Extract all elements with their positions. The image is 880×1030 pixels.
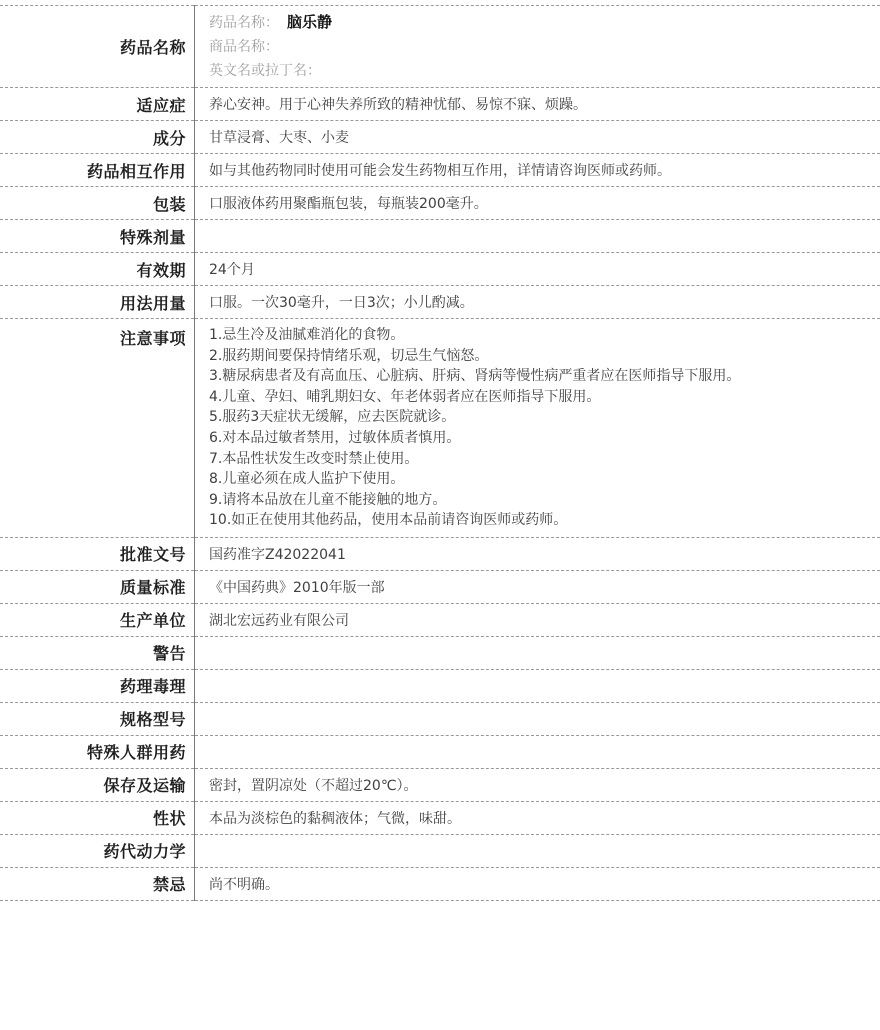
row-label: 包装 [0,187,195,220]
row-value [195,636,880,669]
table-row-indications: 适应症 养心安神。用于心神失养所致的精神忧郁、易惊不寐、烦躁。 [0,88,880,121]
row-value: 湖北宏远药业有限公司 [195,603,880,636]
table-row-special-populations: 特殊人群用药 [0,735,880,768]
row-value [195,220,880,253]
row-label: 药品相互作用 [0,154,195,187]
row-value: 口服。一次30毫升，一日3次；小儿酌减。 [195,286,880,319]
drug-info-page: 药品名称 药品名称：脑乐静 商品名称： 英文名或拉丁名： 适应症 养心安神。用于… [0,0,880,1030]
table-row-storage: 保存及运输 密封，置阴凉处（不超过20℃）。 [0,768,880,801]
table-row-special-dosage: 特殊剂量 [0,220,880,253]
table-row-pharmacology: 药理毒理 [0,669,880,702]
row-label: 禁忌 [0,867,195,900]
field-key-trade-name: 商品名称： [209,39,279,55]
row-value-drug-name: 药品名称：脑乐静 商品名称： 英文名或拉丁名： [195,6,880,88]
row-value: 密封，置阴凉处（不超过20℃）。 [195,768,880,801]
field-key-drug-name: 药品名称： [209,15,279,31]
table-row-quality-standard: 质量标准 《中国药典》2010年版一部 [0,570,880,603]
row-label: 特殊人群用药 [0,735,195,768]
row-label: 生产单位 [0,603,195,636]
row-label: 保存及运输 [0,768,195,801]
row-label: 批准文号 [0,537,195,570]
row-value [195,702,880,735]
table-row-packaging: 包装 口服液体药用聚酯瓶包装，每瓶装200毫升。 [0,187,880,220]
row-label: 有效期 [0,253,195,286]
latin-name-line: 英文名或拉丁名： [209,59,870,83]
row-value: 口服液体药用聚酯瓶包装，每瓶装200毫升。 [195,187,880,220]
row-value [195,669,880,702]
table-row-pharmacokinetics: 药代动力学 [0,834,880,867]
row-value [195,735,880,768]
table-row-precautions: 注意事项 1.忌生冷及油腻难消化的食物。 2.服药期间要保持情绪乐观，切忌生气恼… [0,319,880,538]
row-value: 尚不明确。 [195,867,880,900]
row-label: 药代动力学 [0,834,195,867]
table-row-interactions: 药品相互作用 如与其他药物同时使用可能会发生药物相互作用，详情请咨询医师或药师。 [0,154,880,187]
table-row-warning: 警告 [0,636,880,669]
row-value [195,834,880,867]
field-key-latin-name: 英文名或拉丁名： [209,63,321,79]
row-value: 甘草浸膏、大枣、小麦 [195,121,880,154]
table-row-drug-name: 药品名称 药品名称：脑乐静 商品名称： 英文名或拉丁名： [0,6,880,88]
table-row-dosage: 用法用量 口服。一次30毫升，一日3次；小儿酌减。 [0,286,880,319]
drug-name-line: 药品名称：脑乐静 [209,11,870,35]
row-label-drug-name: 药品名称 [0,6,195,88]
row-value: 24个月 [195,253,880,286]
table-row-shelf-life: 有效期 24个月 [0,253,880,286]
row-value: 养心安神。用于心神失养所致的精神忧郁、易惊不寐、烦躁。 [195,88,880,121]
table-row-description: 性状 本品为淡棕色的黏稠液体；气微，味甜。 [0,801,880,834]
row-value-precautions-list: 1.忌生冷及油腻难消化的食物。 2.服药期间要保持情绪乐观，切忌生气恼怒。 3.… [195,319,880,538]
row-value: 国药准字Z42022041 [195,537,880,570]
row-label: 性状 [0,801,195,834]
table-row-specification: 规格型号 [0,702,880,735]
drug-info-table: 药品名称 药品名称：脑乐静 商品名称： 英文名或拉丁名： 适应症 养心安神。用于… [0,5,880,901]
table-row-contraindications: 禁忌 尚不明确。 [0,867,880,900]
row-label: 质量标准 [0,570,195,603]
row-value: 《中国药典》2010年版一部 [195,570,880,603]
drug-name-value: 脑乐静 [287,13,332,31]
row-label: 药理毒理 [0,669,195,702]
row-label: 警告 [0,636,195,669]
row-label: 特殊剂量 [0,220,195,253]
row-label: 注意事项 [0,319,195,538]
row-label: 规格型号 [0,702,195,735]
table-row-manufacturer: 生产单位 湖北宏远药业有限公司 [0,603,880,636]
row-label: 适应症 [0,88,195,121]
row-label: 成分 [0,121,195,154]
row-label: 用法用量 [0,286,195,319]
table-row-approval-number: 批准文号 国药准字Z42022041 [0,537,880,570]
row-value: 本品为淡棕色的黏稠液体；气微，味甜。 [195,801,880,834]
trade-name-line: 商品名称： [209,35,870,59]
row-value: 如与其他药物同时使用可能会发生药物相互作用，详情请咨询医师或药师。 [195,154,880,187]
table-row-ingredients: 成分 甘草浸膏、大枣、小麦 [0,121,880,154]
